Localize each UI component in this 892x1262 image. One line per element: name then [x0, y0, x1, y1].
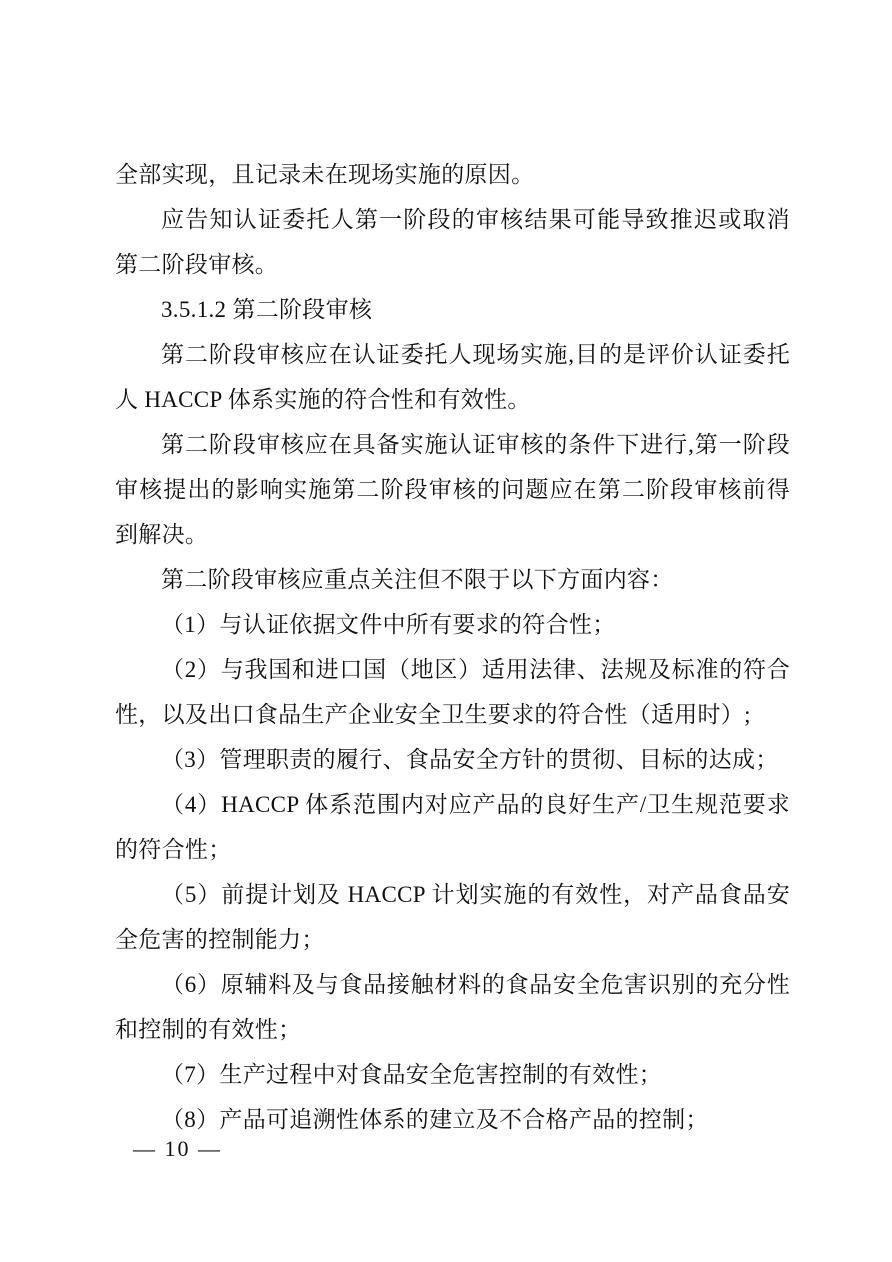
- list-item: （6）原辅料及与食品接触材料的食品安全危害识别的充分性: [115, 962, 790, 1007]
- list-item: （3）管理职责的履行、食品安全方针的贯彻、目标的达成；: [115, 737, 790, 782]
- text-line: 全危害的控制能力；: [115, 917, 790, 962]
- text-line: 全部实现，且记录未在现场实施的原因。: [115, 152, 790, 197]
- text-line: 审核提出的影响实施第二阶段审核的问题应在第二阶段审核前得: [115, 467, 790, 512]
- text-line: 人 HACCP 体系实施的符合性和有效性。: [115, 377, 790, 422]
- text-line: 性，以及出口食品生产企业安全卫生要求的符合性（适用时）;: [115, 692, 790, 737]
- text-line: 和控制的有效性；: [115, 1007, 790, 1052]
- document-page: 全部实现，且记录未在现场实施的原因。 应告知认证委托人第一阶段的审核结果可能导致…: [0, 0, 892, 1262]
- text-line: 第二阶段审核。: [115, 242, 790, 287]
- text-line: 第二阶段审核应在认证委托人现场实施,目的是评价认证委托: [115, 332, 790, 377]
- list-item: （4）HACCP 体系范围内对应产品的良好生产/卫生规范要求: [115, 782, 790, 827]
- page-number: — 10 —: [133, 1133, 222, 1165]
- text-line: 第二阶段审核应在具备实施认证审核的条件下进行,第一阶段: [115, 422, 790, 467]
- text-line: 到解决。: [115, 512, 790, 557]
- list-item: （5）前提计划及 HACCP 计划实施的有效性，对产品食品安: [115, 872, 790, 917]
- text-line: 第二阶段审核应重点关注但不限于以下方面内容：: [115, 557, 790, 602]
- text-block: 全部实现，且记录未在现场实施的原因。 应告知认证委托人第一阶段的审核结果可能导致…: [115, 152, 790, 1142]
- text-line: 的符合性；: [115, 827, 790, 872]
- list-item: （1）与认证依据文件中所有要求的符合性；: [115, 602, 790, 647]
- text-line: 应告知认证委托人第一阶段的审核结果可能导致推迟或取消: [115, 197, 790, 242]
- list-item: （7）生产过程中对食品安全危害控制的有效性；: [115, 1052, 790, 1097]
- section-heading: 3.5.1.2 第二阶段审核: [115, 287, 790, 332]
- list-item: （2）与我国和进口国（地区）适用法律、法规及标准的符合: [115, 647, 790, 692]
